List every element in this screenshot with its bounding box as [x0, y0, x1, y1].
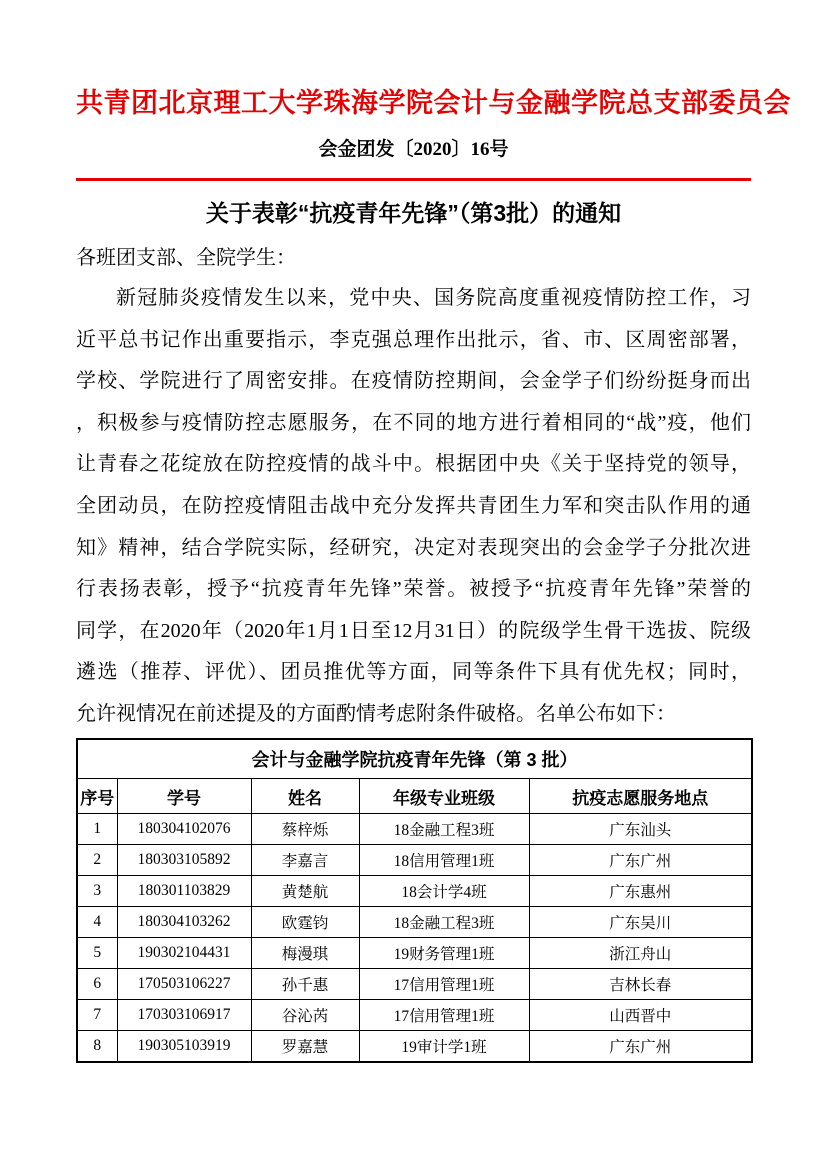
- body-line: 学校、学院进行了周密安排。在疫情防控期间，会金学子们纷纷挺身而出: [76, 361, 751, 403]
- cell-location: 浙江舟山: [529, 938, 752, 969]
- red-divider-rule: [76, 178, 751, 181]
- table-row: 8190305103919罗嘉慧19审计学1班广东广州: [77, 1031, 752, 1062]
- column-header-student-id: 学号: [117, 779, 251, 814]
- cell-location: 广东汕头: [529, 814, 752, 845]
- body-line: 知》精神，结合学院实际，经研究，决定对表现突出的会金学子分批次进: [76, 528, 751, 570]
- cell-location: 吉林长春: [529, 969, 752, 1000]
- cell-index: 7: [77, 1000, 117, 1031]
- cell-location: 山西晋中: [529, 1000, 752, 1031]
- body-line: 全团动员，在防控疫情阻击战中充分发挥共青团生力军和突击队作用的通: [76, 486, 751, 528]
- cell-name: 梅漫琪: [251, 938, 359, 969]
- body-line: 让青春之花绽放在防控疫情的战斗中。根据团中央《关于坚持党的领导，: [76, 444, 751, 486]
- notice-body: 新冠肺炎疫情发生以来，党中央、国务院高度重视疫情防控工作，习近平总书记作出重要指…: [76, 278, 751, 736]
- cell-student-id: 180301103829: [117, 876, 251, 907]
- cell-student-id: 180303105892: [117, 845, 251, 876]
- body-line: 允许视情况在前述提及的方面酌情考虑附条件破格。名单公布如下：: [76, 694, 751, 736]
- table-row: 1180304102076蔡梓烁18金融工程3班广东汕头: [77, 814, 752, 845]
- document-number: 会金团发〔2020〕16号: [76, 138, 751, 162]
- column-header-name: 姓名: [251, 779, 359, 814]
- table-row: 5190302104431梅漫琪19财务管理1班浙江舟山: [77, 938, 752, 969]
- cell-student-id: 190302104431: [117, 938, 251, 969]
- body-line: 遴选（推荐、评优）、团员推优等方面，同等条件下具有优先权；同时，: [76, 652, 751, 694]
- column-header-class: 年级专业班级: [359, 779, 529, 814]
- cell-class: 19审计学1班: [359, 1031, 529, 1062]
- table-row: 4180304103262欧霆钧18金融工程3班广东吴川: [77, 907, 752, 938]
- table-title: 会计与金融学院抗疫青年先锋（第 3 批）: [77, 739, 752, 779]
- cell-student-id: 180304102076: [117, 814, 251, 845]
- body-line: 新冠肺炎疫情发生以来，党中央、国务院高度重视疫情防控工作，习: [76, 278, 751, 320]
- cell-name: 孙千惠: [251, 969, 359, 1000]
- body-line: 行表扬表彰，授予“抗疫青年先锋”荣誉。被授予“抗疫青年先锋”荣誉的: [76, 569, 751, 611]
- table-row: 3180301103829黄楚航18会计学4班广东惠州: [77, 876, 752, 907]
- salutation: 各班团支部、全院学生：: [76, 243, 751, 273]
- table-row: 7170303106917谷沁芮17信用管理1班山西晋中: [77, 1000, 752, 1031]
- body-line: 近平总书记作出重要指示，李克强总理作出批示，省、市、区周密部署，: [76, 320, 751, 362]
- cell-index: 8: [77, 1031, 117, 1062]
- cell-name: 蔡梓烁: [251, 814, 359, 845]
- awards-table: 会计与金融学院抗疫青年先锋（第 3 批） 序号 学号 姓名 年级专业班级 抗疫志…: [76, 738, 753, 1063]
- cell-class: 18金融工程3班: [359, 814, 529, 845]
- cell-location: 广东广州: [529, 1031, 752, 1062]
- cell-index: 4: [77, 907, 117, 938]
- cell-name: 谷沁芮: [251, 1000, 359, 1031]
- cell-class: 17信用管理1班: [359, 1000, 529, 1031]
- cell-name: 罗嘉慧: [251, 1031, 359, 1062]
- cell-location: 广东吴川: [529, 907, 752, 938]
- organization-title: 共青团北京理工大学珠海学院会计与金融学院总支部委员会: [76, 84, 751, 122]
- document-page: 共青团北京理工大学珠海学院会计与金融学院总支部委员会 会金团发〔2020〕16号…: [0, 0, 827, 1169]
- cell-index: 6: [77, 969, 117, 1000]
- cell-class: 18会计学4班: [359, 876, 529, 907]
- cell-name: 黄楚航: [251, 876, 359, 907]
- column-header-index: 序号: [77, 779, 117, 814]
- table-header-row: 序号 学号 姓名 年级专业班级 抗疫志愿服务地点: [77, 779, 752, 814]
- cell-class: 19财务管理1班: [359, 938, 529, 969]
- cell-class: 18信用管理1班: [359, 845, 529, 876]
- cell-student-id: 180304103262: [117, 907, 251, 938]
- column-header-location: 抗疫志愿服务地点: [529, 779, 752, 814]
- table-row: 2180303105892李嘉言18信用管理1班广东广州: [77, 845, 752, 876]
- body-line: 同学，在2020年（2020年1月1日至12月31日）的院级学生骨干选拔、院级: [76, 611, 751, 653]
- document-content: 共青团北京理工大学珠海学院会计与金融学院总支部委员会 会金团发〔2020〕16号…: [0, 0, 827, 1063]
- cell-name: 欧霆钧: [251, 907, 359, 938]
- cell-student-id: 190305103919: [117, 1031, 251, 1062]
- cell-name: 李嘉言: [251, 845, 359, 876]
- cell-index: 1: [77, 814, 117, 845]
- cell-index: 3: [77, 876, 117, 907]
- body-line: ，积极参与疫情防控志愿服务，在不同的地方进行着相同的“战”疫，他们: [76, 403, 751, 445]
- cell-location: 广东惠州: [529, 876, 752, 907]
- cell-class: 18金融工程3班: [359, 907, 529, 938]
- cell-index: 2: [77, 845, 117, 876]
- table-title-row: 会计与金融学院抗疫青年先锋（第 3 批）: [77, 739, 752, 779]
- cell-student-id: 170303106917: [117, 1000, 251, 1031]
- notice-title: 关于表彰“抗疫青年先锋”（第3批）的通知: [76, 196, 751, 230]
- cell-location: 广东广州: [529, 845, 752, 876]
- cell-index: 5: [77, 938, 117, 969]
- cell-class: 17信用管理1班: [359, 969, 529, 1000]
- table-row: 6170503106227孙千惠17信用管理1班吉林长春: [77, 969, 752, 1000]
- cell-student-id: 170503106227: [117, 969, 251, 1000]
